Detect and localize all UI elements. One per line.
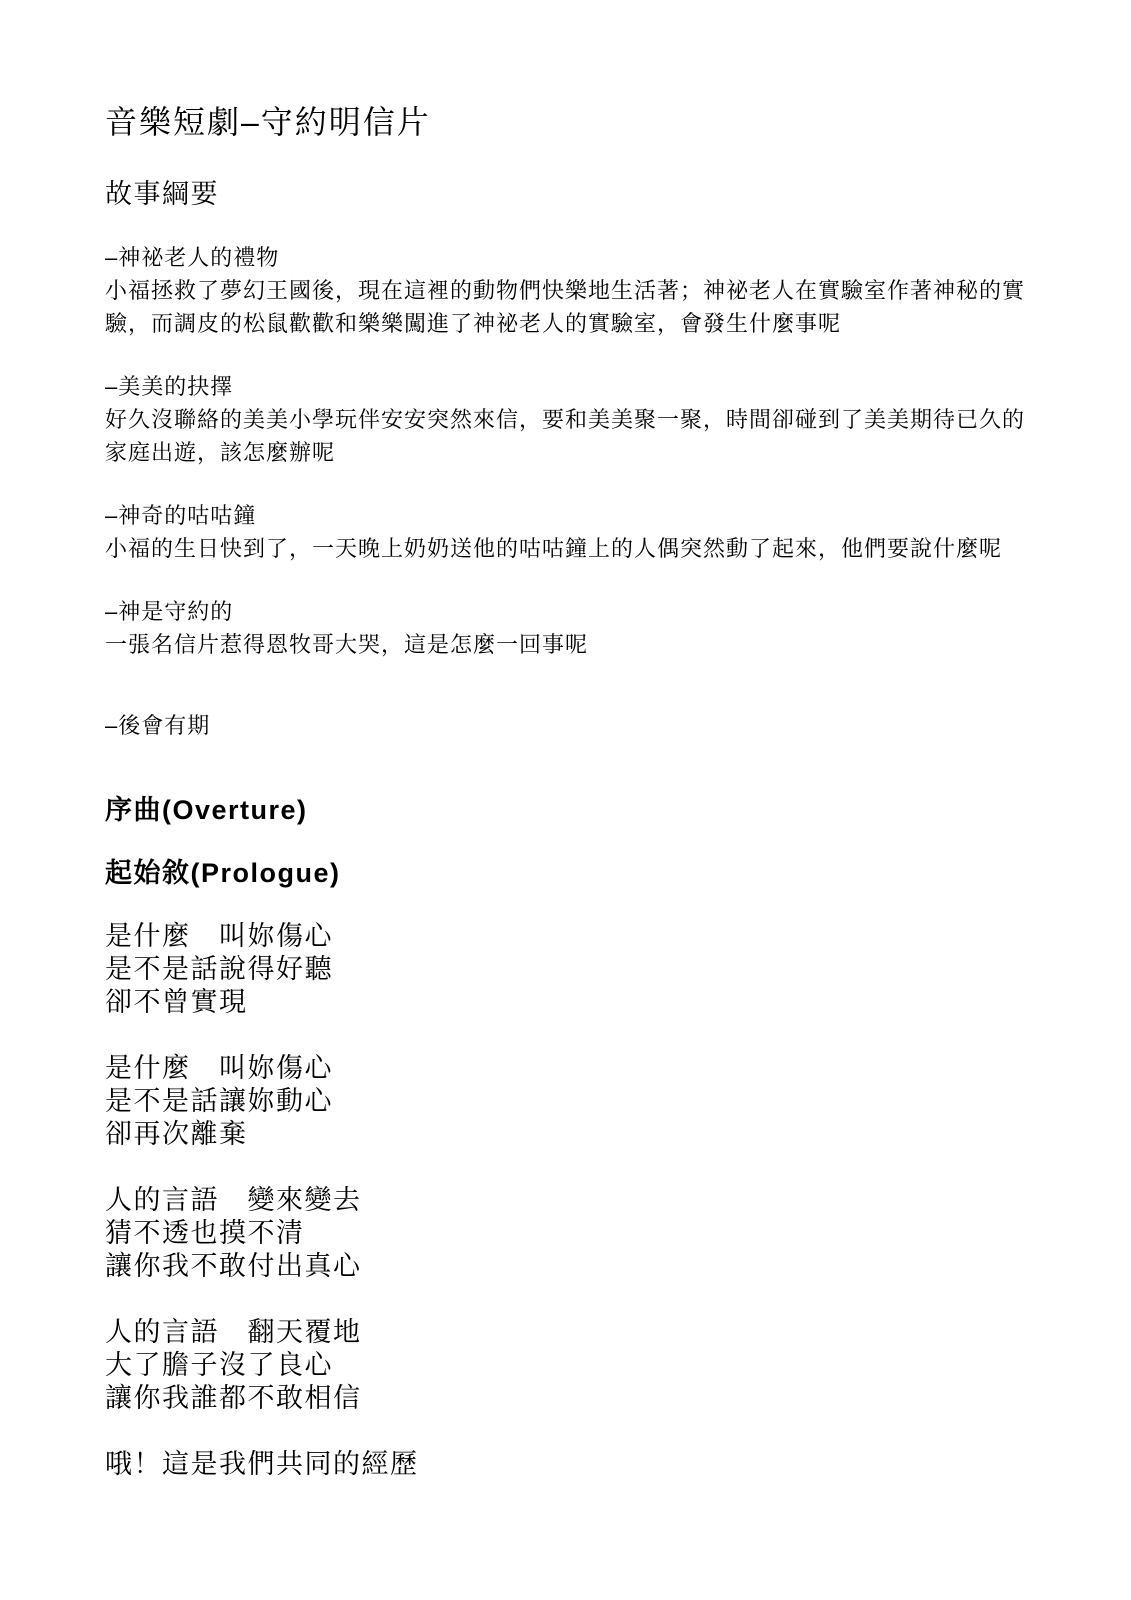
synopsis-section: –後會有期 [105,709,1027,742]
lyric-line: 是不是話說得好聽 [105,953,1027,986]
section-heading: –後會有期 [105,709,1027,742]
section-body: 一張名信片惹得恩牧哥大哭，這是怎麼一回事呢 [105,628,1027,661]
lyric-line: 讓你我不敢付出真心 [105,1250,1027,1283]
lyric-line: 是不是話讓妳動心 [105,1085,1027,1118]
lyric-line: 猜不透也摸不清 [105,1217,1027,1250]
lyric-stanza: 是什麼 叫妳傷心 是不是話讓妳動心 卻再次離棄 [105,1052,1027,1151]
synopsis-section: –美美的抉擇 好久沒聯絡的美美小學玩伴安安突然來信，要和美美聚一聚，時間卻碰到了… [105,370,1027,469]
lyric-line: 人的言語 變來變去 [105,1184,1027,1217]
section-heading: –神是守約的 [105,595,1027,628]
section-body: 小福的生日快到了，一天晚上奶奶送他的咕咕鐘上的人偶突然動了起來，他們要說什麼呢 [105,532,1027,565]
document-body: 音樂短劇–守約明信片 故事綱要 –神祕老人的禮物 小福拯救了夢幻王國後，現在這裡… [0,0,1131,1600]
lyric-line: 是什麼 叫妳傷心 [105,920,1027,953]
lyric-line: 卻再次離棄 [105,1118,1027,1151]
prologue-heading: 起始敘(Prologue) [105,857,1027,890]
synopsis-section: –神祕老人的禮物 小福拯救了夢幻王國後，現在這裡的動物們快樂地生活著；神祕老人在… [105,241,1027,340]
lyric-stanza: 人的言語 變來變去 猜不透也摸不清 讓你我不敢付出真心 [105,1184,1027,1283]
section-body: 小福拯救了夢幻王國後，現在這裡的動物們快樂地生活著；神祕老人在實驗室作著神秘的實… [105,274,1027,340]
section-body: 好久沒聯絡的美美小學玩伴安安突然來信，要和美美聚一聚，時間卻碰到了美美期待已久的… [105,403,1027,469]
lyric-line: 是什麼 叫妳傷心 [105,1052,1027,1085]
lyric-stanza: 人的言語 翻天覆地 大了膽子沒了良心 讓你我誰都不敢相信 [105,1316,1027,1415]
overture-heading: 序曲(Overture) [105,794,1027,827]
lyric-line: 大了膽子沒了良心 [105,1349,1027,1382]
synopsis-section: –神是守約的 一張名信片惹得恩牧哥大哭，這是怎麼一回事呢 [105,595,1027,661]
lyric-line: 人的言語 翻天覆地 [105,1316,1027,1349]
lyric-stanza: 哦！這是我們共同的經歷 [105,1448,1027,1481]
document-title: 音樂短劇–守約明信片 [105,102,1027,142]
lyric-line: 卻不曾實現 [105,986,1027,1019]
lyric-stanza: 是什麼 叫妳傷心 是不是話說得好聽 卻不曾實現 [105,920,1027,1019]
section-heading: –神奇的咕咕鐘 [105,499,1027,532]
lyric-line: 讓你我誰都不敢相信 [105,1382,1027,1415]
section-heading: –美美的抉擇 [105,370,1027,403]
document-page: { "page": { "colors": { "background": "#… [0,0,1131,1600]
synopsis-section: –神奇的咕咕鐘 小福的生日快到了，一天晚上奶奶送他的咕咕鐘上的人偶突然動了起來，… [105,499,1027,565]
section-heading: –神祕老人的禮物 [105,241,1027,274]
synopsis-heading: 故事綱要 [105,178,1027,211]
lyric-line: 哦！這是我們共同的經歷 [105,1448,1027,1481]
